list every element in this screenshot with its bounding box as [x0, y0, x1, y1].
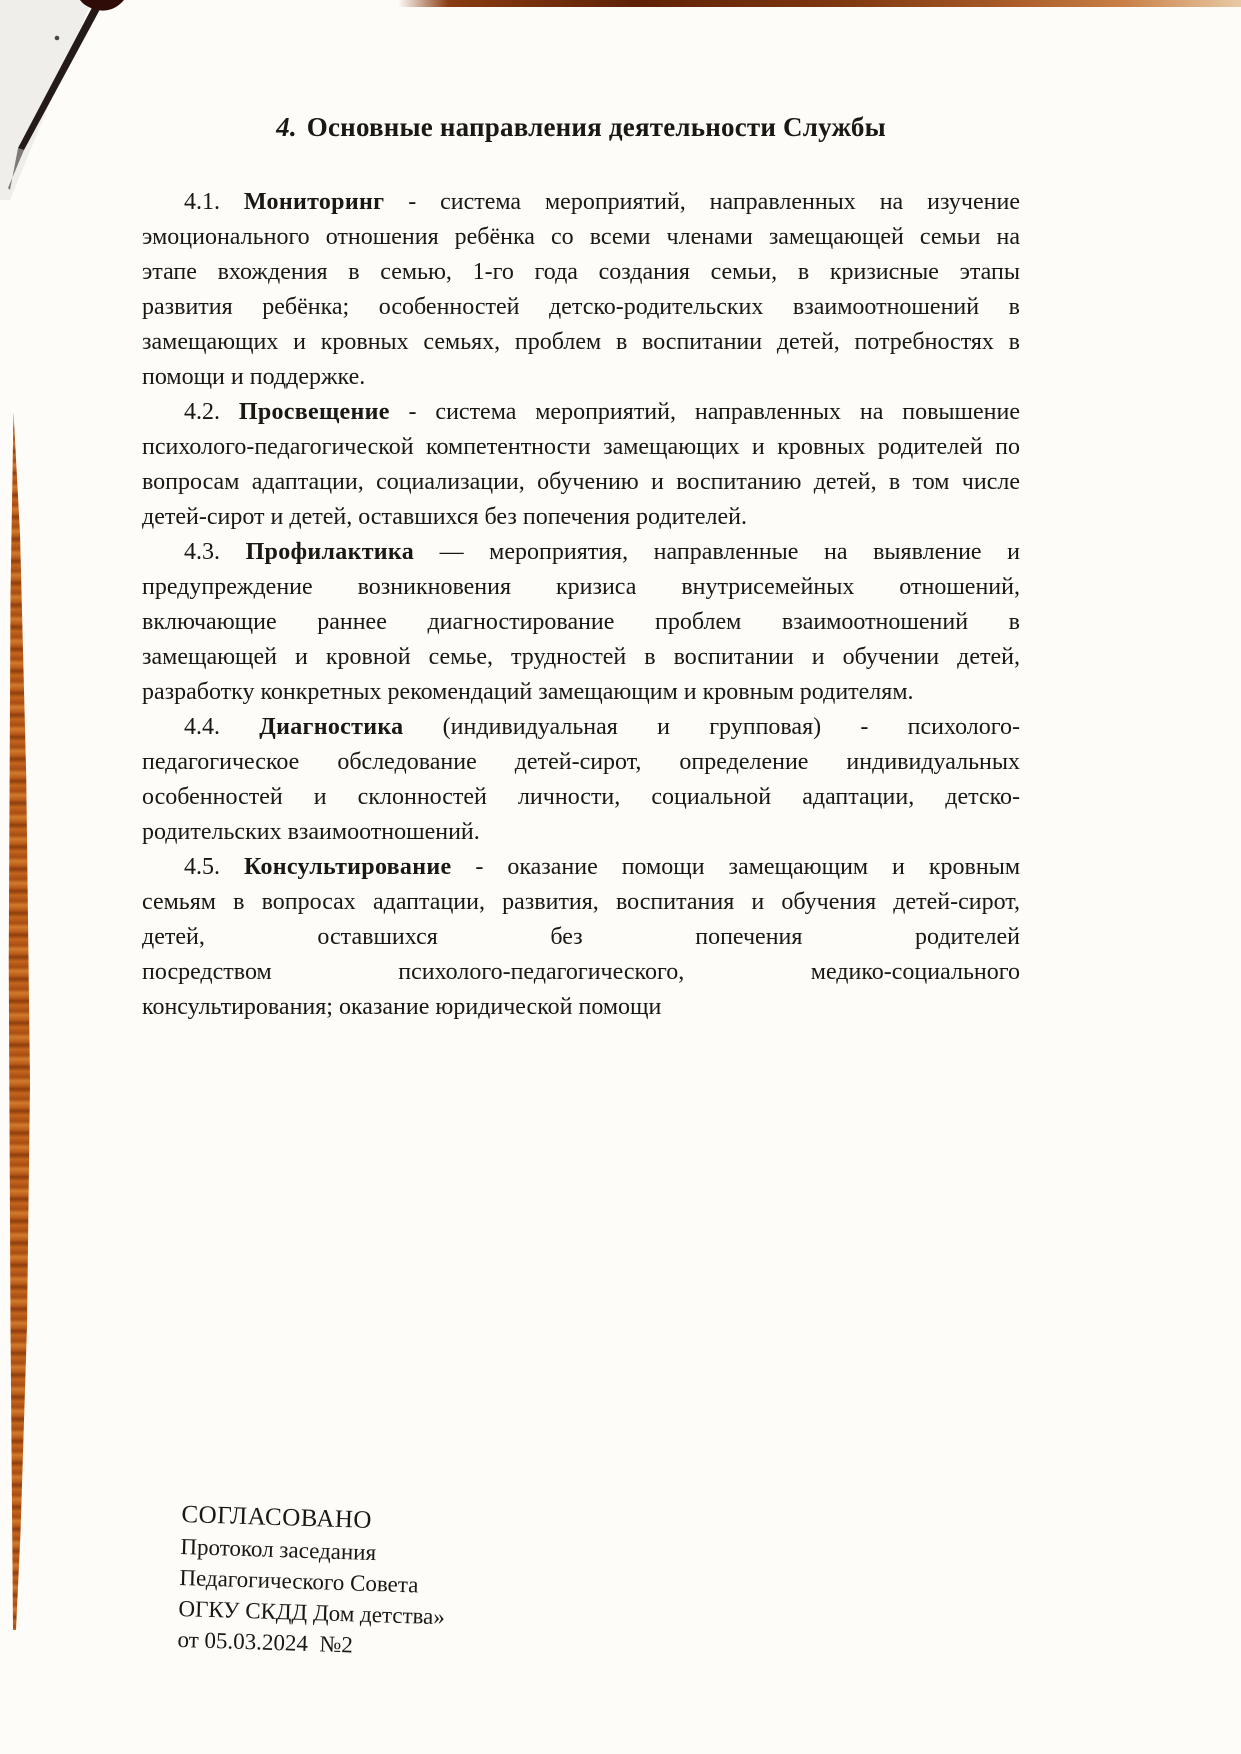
text-segment: семьям в вопросах адаптации, развития, в…: [142, 889, 1020, 915]
text-segment: детей-сирот и детей, оставшихся без попе…: [142, 504, 747, 530]
text-line: 4.1. Мониторинг - система мероприятий, н…: [142, 185, 1020, 220]
text-line: эмоционального отношения ребёнка со всем…: [142, 220, 1020, 255]
text-segment: — мероприятия, направленные на выявление…: [414, 539, 1020, 565]
text-line: посредством психолого-педагогического, м…: [142, 955, 1020, 990]
paragraph-43: 4.3. Профилактика — мероприятия, направл…: [142, 535, 1020, 710]
text-segment: 4.5.: [184, 854, 244, 880]
text-segment: (индивидуальная и групповая) - психолого…: [403, 714, 1020, 740]
text-segment: этапе вхождения в семью, 1-го года созда…: [142, 259, 1020, 285]
document-body: 4.1. Мониторинг - система мероприятий, н…: [142, 185, 1020, 1025]
term-bold: Консультирование: [244, 854, 451, 880]
scanned-page: { "document": { "title": { "number": "4.…: [0, 0, 1241, 1754]
paragraph-44: 4.4. Диагностика (индивидуальная и групп…: [142, 710, 1020, 850]
text-segment: психолого-педагогической компетентности …: [142, 434, 1020, 460]
text-line: консультирования; оказание юридической п…: [142, 990, 1020, 1025]
text-segment: 4.3.: [184, 539, 246, 565]
text-line: 4.3. Профилактика — мероприятия, направл…: [142, 535, 1020, 570]
term-bold: Диагностика: [259, 714, 403, 740]
text-line: помощи и поддержке.: [142, 360, 1020, 395]
text-line: детей-сирот и детей, оставшихся без попе…: [142, 500, 1020, 535]
text-line: родительских взаимоотношений.: [142, 815, 1020, 850]
paragraph-45: 4.5. Консультирование - оказание помощи …: [142, 850, 1020, 1025]
document-content: 4.Основные направления деятельности Служ…: [142, 112, 1020, 1025]
text-line: замещающей и кровной семье, трудностей в…: [142, 640, 1020, 675]
text-segment: предупреждение возникновения кризиса вну…: [142, 574, 1020, 600]
text-line: 4.5. Консультирование - оказание помощи …: [142, 850, 1020, 885]
paragraph-41: 4.1. Мониторинг - система мероприятий, н…: [142, 185, 1020, 395]
text-line: вопросам адаптации, социализации, обучен…: [142, 465, 1020, 500]
scan-left-wood-edge: [5, 412, 30, 1630]
text-line: 4.2. Просвещение - система мероприятий, …: [142, 395, 1020, 430]
approval-block: СОГЛАСОВАНОПротокол заседанияПедагогичес…: [177, 1498, 602, 1668]
text-segment: консультирования; оказание юридической п…: [142, 994, 661, 1020]
text-segment: эмоционального отношения ребёнка со всем…: [142, 224, 1020, 250]
text-segment: 4.4.: [184, 714, 259, 740]
section-number: 4.: [276, 112, 297, 142]
corner-fold-mark: [0, 0, 160, 210]
text-segment: помощи и поддержке.: [142, 364, 365, 390]
text-segment: родительских взаимоотношений.: [142, 819, 480, 845]
text-segment: замещающих и кровных семьях, проблем в в…: [142, 329, 1020, 355]
text-segment: детей, оставшихся без попечения родителе…: [142, 924, 1020, 950]
text-segment: 4.2.: [184, 399, 239, 425]
text-line: предупреждение возникновения кризиса вну…: [142, 570, 1020, 605]
text-line: семьям в вопросах адаптации, развития, в…: [142, 885, 1020, 920]
text-line: этапе вхождения в семью, 1-го года созда…: [142, 255, 1020, 290]
text-segment: развития ребёнка; особенностей детско-ро…: [142, 294, 1020, 320]
section-title: 4.Основные направления деятельности Служ…: [142, 112, 1020, 143]
text-segment: - система мероприятий, направленных на и…: [384, 189, 1020, 215]
paragraph-42: 4.2. Просвещение - система мероприятий, …: [142, 395, 1020, 535]
text-line: развития ребёнка; особенностей детско-ро…: [142, 290, 1020, 325]
text-line: психолого-педагогической компетентности …: [142, 430, 1020, 465]
text-line: разработку конкретных рекомендаций замещ…: [142, 675, 1020, 710]
section-title-text: Основные направления деятельности Службы: [307, 112, 886, 142]
text-segment: вопросам адаптации, социализации, обучен…: [142, 469, 1020, 495]
text-line: включающие раннее диагностирование пробл…: [142, 605, 1020, 640]
text-segment: особенностей и склонностей личности, соц…: [142, 784, 1020, 810]
text-segment: - оказание помощи замещающим и кровным: [451, 854, 1020, 880]
text-segment: - система мероприятий, направленных на п…: [390, 399, 1020, 425]
text-segment: замещающей и кровной семье, трудностей в…: [142, 644, 1020, 670]
scan-top-edge: [398, 0, 1241, 7]
text-segment: посредством психолого-педагогического, м…: [142, 959, 1020, 985]
text-line: особенностей и склонностей личности, соц…: [142, 780, 1020, 815]
text-segment: 4.1.: [184, 189, 244, 215]
term-bold: Профилактика: [246, 539, 414, 565]
text-line: замещающих и кровных семьях, проблем в в…: [142, 325, 1020, 360]
text-line: детей, оставшихся без попечения родителе…: [142, 920, 1020, 955]
text-segment: включающие раннее диагностирование пробл…: [142, 609, 1020, 635]
text-segment: педагогическое обследование детей-сирот,…: [142, 749, 1020, 775]
text-segment: разработку конкретных рекомендаций замещ…: [142, 679, 914, 705]
text-line: 4.4. Диагностика (индивидуальная и групп…: [142, 710, 1020, 745]
text-line: педагогическое обследование детей-сирот,…: [142, 745, 1020, 780]
term-bold: Просвещение: [239, 399, 390, 425]
term-bold: Мониторинг: [244, 189, 384, 215]
